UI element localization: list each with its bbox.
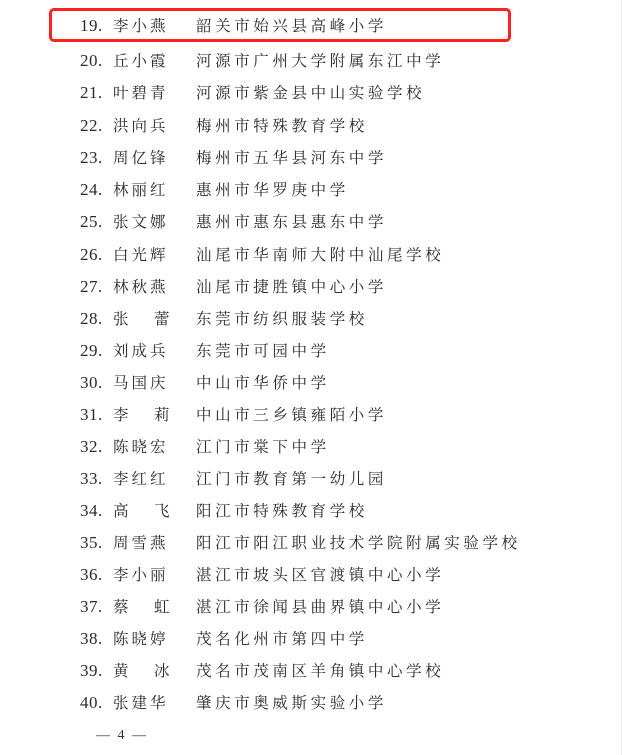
list-item: 24. 林丽红 惠州市华罗庚中学 bbox=[0, 174, 638, 206]
entry-number: 27. bbox=[80, 271, 103, 303]
entry-name: 张建华 bbox=[113, 687, 173, 719]
page-number: — 4 — bbox=[96, 728, 148, 744]
entry-number: 32. bbox=[80, 431, 103, 463]
entry-school: 梅州市特殊教育学校 bbox=[196, 110, 368, 142]
entry-number: 33. bbox=[80, 463, 103, 495]
entry-school: 梅州市五华县河东中学 bbox=[196, 142, 387, 174]
entry-number: 24. bbox=[80, 174, 103, 206]
entry-school: 河源市广州大学附属东江中学 bbox=[196, 45, 444, 77]
entry-school: 中山市三乡镇雍陌小学 bbox=[196, 399, 387, 431]
entry-name: 丘小霞 bbox=[113, 45, 173, 77]
entry-name-given: 飞 bbox=[154, 495, 170, 527]
entry-number: 26. bbox=[80, 239, 103, 271]
entry-name-given: 蕾 bbox=[154, 303, 170, 335]
list-item: 37. 蔡 虹 湛江市徐闻县曲界镇中心小学 bbox=[0, 591, 638, 623]
list-item: 28. 张 蕾 东莞市纺织服装学校 bbox=[0, 303, 638, 335]
list-item: 31. 李 莉 中山市三乡镇雍陌小学 bbox=[0, 399, 638, 431]
list-item: 29. 刘成兵 东莞市可园中学 bbox=[0, 335, 638, 367]
entry-number: 22. bbox=[80, 110, 103, 142]
list-item: 34. 高 飞 阳江市特殊教育学校 bbox=[0, 495, 638, 527]
entry-name-surname: 高 bbox=[113, 495, 129, 527]
entry-number: 29. bbox=[80, 335, 103, 367]
entry-school: 阳江市阳江职业技术学院附属实验学校 bbox=[196, 527, 521, 559]
list-item: 33. 李红红 江门市教育第一幼儿园 bbox=[0, 463, 638, 495]
entry-number: 38. bbox=[80, 623, 103, 655]
entry-school: 汕尾市捷胜镇中心小学 bbox=[196, 271, 387, 303]
list-item: 39. 黄 冰 茂名市茂南区羊角镇中心学校 bbox=[0, 655, 638, 687]
entry-number: 21. bbox=[80, 77, 103, 109]
entry-name: 刘成兵 bbox=[113, 335, 173, 367]
list-item: 23. 周亿锋 梅州市五华县河东中学 bbox=[0, 142, 638, 174]
entry-school: 汕尾市华南师大附中汕尾学校 bbox=[196, 239, 444, 271]
list-item: 21. 叶碧青 河源市紫金县中山实验学校 bbox=[0, 77, 638, 109]
entry-number: 25. bbox=[80, 206, 103, 238]
entry-school: 阳江市特殊教育学校 bbox=[196, 495, 368, 527]
entry-name: 周亿锋 bbox=[113, 142, 173, 174]
entry-name-surname: 张 bbox=[113, 303, 129, 335]
entry-number: 30. bbox=[80, 367, 103, 399]
entry-name-surname: 李 bbox=[113, 399, 129, 431]
entry-school: 东莞市可园中学 bbox=[196, 335, 330, 367]
entry-number: 23. bbox=[80, 142, 103, 174]
entry-school: 湛江市徐闻县曲界镇中心小学 bbox=[196, 591, 444, 623]
list-item: 36. 李小丽 湛江市坡头区官渡镇中心小学 bbox=[0, 559, 638, 591]
entry-school: 江门市棠下中学 bbox=[196, 431, 330, 463]
entry-school: 东莞市纺织服装学校 bbox=[196, 303, 368, 335]
entry-name: 李红红 bbox=[113, 463, 173, 495]
entry-name-given: 莉 bbox=[154, 399, 170, 431]
entry-name: 张文娜 bbox=[113, 206, 173, 238]
entry-number: 34. bbox=[80, 495, 103, 527]
entry-school: 肇庆市奥威斯实验小学 bbox=[196, 687, 387, 719]
entry-name: 陈晓婷 bbox=[113, 623, 173, 655]
entry-number: 19. bbox=[80, 10, 103, 42]
list-item: 27. 林秋燕 汕尾市捷胜镇中心小学 bbox=[0, 271, 638, 303]
entry-school: 茂名化州市第四中学 bbox=[196, 623, 368, 655]
entry-number: 31. bbox=[80, 399, 103, 431]
entry-name: 李小燕 bbox=[113, 10, 173, 42]
list-item: 26. 白光辉 汕尾市华南师大附中汕尾学校 bbox=[0, 239, 638, 271]
entry-number: 28. bbox=[80, 303, 103, 335]
entry-number: 40. bbox=[80, 687, 103, 719]
entry-school: 惠州市华罗庚中学 bbox=[196, 174, 349, 206]
entry-number: 39. bbox=[80, 655, 103, 687]
entry-name: 林秋燕 bbox=[113, 271, 173, 303]
list-item: 20. 丘小霞 河源市广州大学附属东江中学 bbox=[0, 45, 638, 77]
list-item: 38. 陈晓婷 茂名化州市第四中学 bbox=[0, 623, 638, 655]
entry-number: 36. bbox=[80, 559, 103, 591]
list-item: 40. 张建华 肇庆市奥威斯实验小学 bbox=[0, 687, 638, 719]
entry-school: 韶关市始兴县高峰小学 bbox=[196, 10, 387, 42]
list-item: 22. 洪向兵 梅州市特殊教育学校 bbox=[0, 110, 638, 142]
entry-school: 湛江市坡头区官渡镇中心小学 bbox=[196, 559, 444, 591]
entry-school: 惠州市惠东县惠东中学 bbox=[196, 206, 387, 238]
entry-name: 马国庆 bbox=[113, 367, 173, 399]
entry-school: 江门市教育第一幼儿园 bbox=[196, 463, 387, 495]
entry-number: 37. bbox=[80, 591, 103, 623]
list-item: 19. 李小燕 韶关市始兴县高峰小学 bbox=[0, 10, 638, 42]
entry-name: 白光辉 bbox=[113, 239, 173, 271]
list-item: 30. 马国庆 中山市华侨中学 bbox=[0, 367, 638, 399]
list-item: 35. 周雪燕 阳江市阳江职业技术学院附属实验学校 bbox=[0, 527, 638, 559]
entry-name-surname: 黄 bbox=[113, 655, 129, 687]
entry-name: 叶碧青 bbox=[113, 77, 173, 109]
entry-school: 河源市紫金县中山实验学校 bbox=[196, 77, 425, 109]
entry-number: 20. bbox=[80, 45, 103, 77]
list-item: 25. 张文娜 惠州市惠东县惠东中学 bbox=[0, 206, 638, 238]
entry-number: 35. bbox=[80, 527, 103, 559]
entry-name-given: 冰 bbox=[154, 655, 170, 687]
entry-name-given: 虹 bbox=[154, 591, 170, 623]
entry-name: 林丽红 bbox=[113, 174, 173, 206]
entry-name: 李小丽 bbox=[113, 559, 173, 591]
entry-name: 陈晓宏 bbox=[113, 431, 173, 463]
list-item: 32. 陈晓宏 江门市棠下中学 bbox=[0, 431, 638, 463]
entry-school: 茂名市茂南区羊角镇中心学校 bbox=[196, 655, 444, 687]
entry-name: 周雪燕 bbox=[113, 527, 173, 559]
entry-name: 洪向兵 bbox=[113, 110, 173, 142]
entry-school: 中山市华侨中学 bbox=[196, 367, 330, 399]
entry-name-surname: 蔡 bbox=[113, 591, 129, 623]
